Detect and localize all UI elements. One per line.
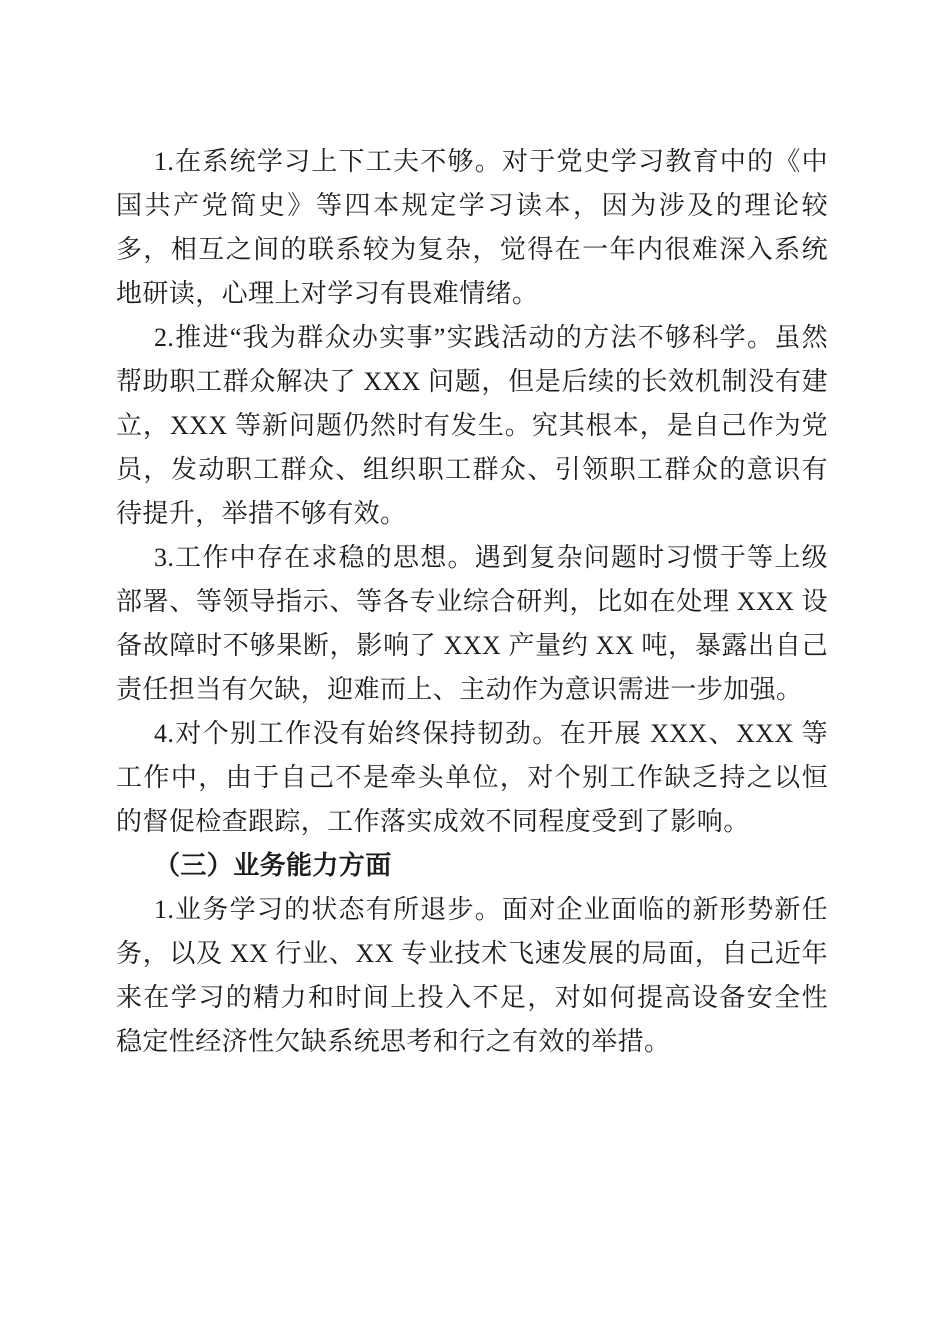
paragraph: 4.对个别工作没有始终保持韧劲。在开展 XXX、XXX 等工作中，由于自己不是牵…: [116, 712, 828, 844]
paragraph: 3.工作中存在求稳的思想。遇到复杂问题时习惯于等上级部署、等领导指示、等各专业综…: [116, 536, 828, 712]
paragraph: 1.在系统学习上下工夫不够。对于党史学习教育中的《中国共产党简史》等四本规定学习…: [116, 140, 828, 316]
document-body: 1.在系统学习上下工夫不够。对于党史学习教育中的《中国共产党简史》等四本规定学习…: [116, 140, 828, 1064]
section-heading: （三）业务能力方面: [116, 844, 828, 888]
document-page: 1.在系统学习上下工夫不够。对于党史学习教育中的《中国共产党简史》等四本规定学习…: [0, 0, 950, 1344]
paragraph: 2.推进“我为群众办实事”实践活动的方法不够科学。虽然帮助职工群众解决了 XXX…: [116, 316, 828, 536]
paragraph: 1.业务学习的状态有所退步。面对企业面临的新形势新任务，以及 XX 行业、XX …: [116, 888, 828, 1064]
